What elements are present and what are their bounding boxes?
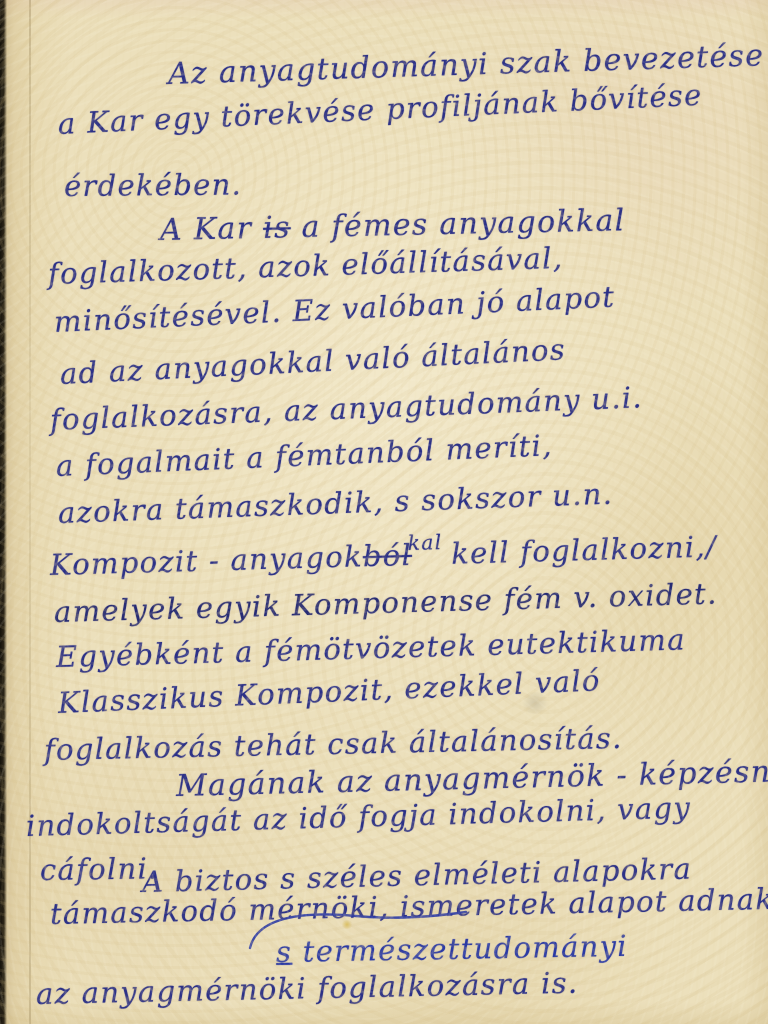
scanned-page: Az anyagtudományi szak bevezetése a Kar … [0, 0, 768, 1024]
handwritten-line-21: az anyagmérnöki foglalkozásra is. [36, 967, 579, 1012]
paper-stain [341, 920, 353, 929]
handwritten-line-9: a fogalmait a fémtanból meríti, [55, 429, 553, 483]
handwritten-line-6: minősítésével. Ez valóban jó alapot [53, 281, 616, 340]
handwritten-line-10: azokra támaszkodik, s sokszor u.n. [57, 478, 613, 531]
inserted-line-rest: természettudományi [292, 929, 628, 969]
scan-left-edge [0, 0, 7, 1024]
handwritten-line-2: a Kar egy törekvése profiljának bővítése [57, 79, 703, 142]
line11-text-before: Kompozit - anyagok [50, 539, 364, 582]
handwritten-line-11: Kompozit - anyagokbólkal kell foglalkozn… [50, 530, 718, 582]
handwritten-line-14: Klasszikus Kompozit, ezekkel való [57, 664, 601, 720]
handwritten-line-5: foglalkozott, azok előállításával, [47, 242, 563, 292]
paper-crease [29, 0, 31, 1024]
handwritten-line-3: érdekében. [64, 168, 242, 203]
handwritten-line-8: foglalkozásra, az anyagtudomány u.i. [49, 381, 643, 437]
inserted-suffix-above: kal [407, 531, 442, 555]
handwritten-line-17: indokoltságát az idő fogja indokolni, va… [26, 791, 692, 843]
line4-text-before: A Kar [160, 211, 264, 248]
handwritten-line-12: amelyek egyik Komponense fém v. oxidet. [54, 577, 718, 629]
crossed-out-word: is [263, 210, 291, 246]
handwritten-line-7: ad az anyagokkal való általános [59, 333, 566, 391]
line4-text-after: a fémes anyagokkal [290, 203, 625, 245]
crossed-out-suffix: ból [362, 538, 412, 573]
paper-smudge [520, 692, 550, 714]
underlined-letter: s [276, 935, 293, 969]
line11-text-after: kell foglalkozni,/ [440, 529, 717, 571]
inserted-handwritten-line: s természettudományi [276, 930, 628, 969]
